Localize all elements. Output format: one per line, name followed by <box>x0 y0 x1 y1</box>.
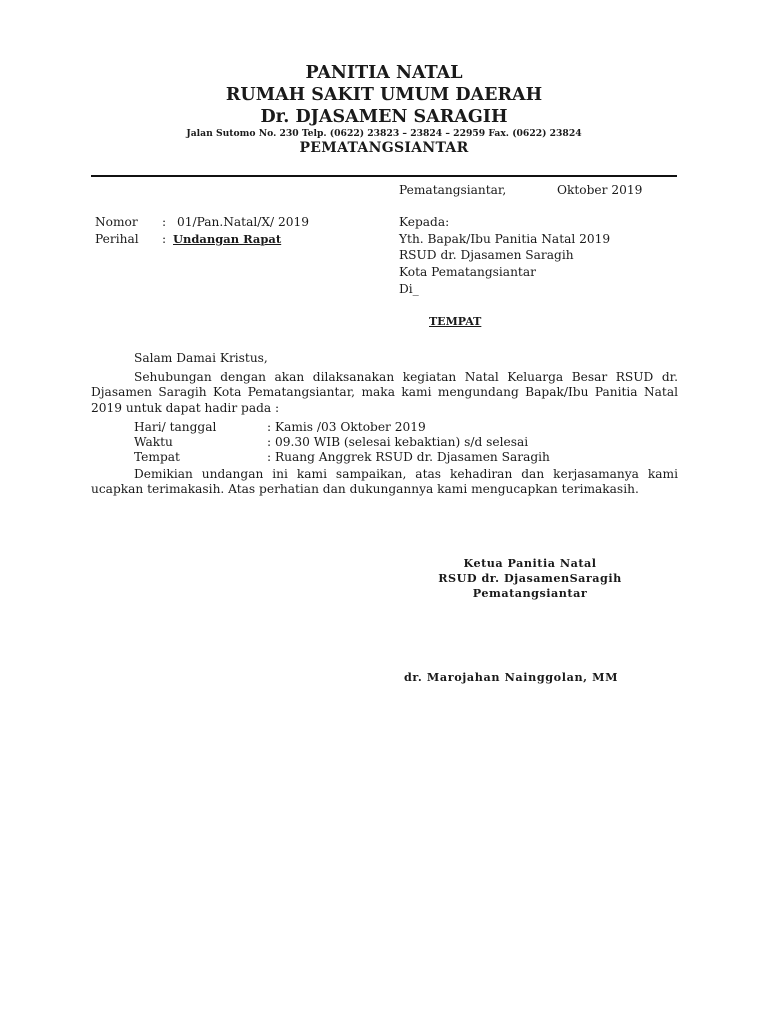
date-place: Pematangsiantar, <box>399 183 506 197</box>
letterhead-divider <box>91 175 677 177</box>
perihal-separator: : <box>162 232 166 246</box>
recipient-place: TEMPAT <box>429 315 481 328</box>
nomor-value: 01/Pan.Natal/X/ 2019 <box>177 215 309 229</box>
signature-title-3: Pematangsiantar <box>380 586 680 601</box>
recipient-city: Kota Pematangsiantar <box>399 265 536 279</box>
signature-title-2: RSUD dr. DjasamenSaragih <box>380 571 680 586</box>
detail-label-date: Hari/ tanggal <box>134 420 216 434</box>
body-paragraph-1: Sehubungan dengan akan dilaksanakan kegi… <box>91 370 678 416</box>
letterhead-address: Jalan Sutomo No. 230 Telp. (0622) 23823 … <box>0 128 768 139</box>
body-paragraph-2: Demikian undangan ini kami sampaikan, at… <box>91 467 678 498</box>
signature-title-1: Ketua Panitia Natal <box>380 556 680 571</box>
nomor-separator: : <box>162 215 166 229</box>
recipient-di: Di_ <box>399 282 419 296</box>
letterhead-hospital-name: Dr. DJASAMEN SARAGIH <box>0 107 768 127</box>
signatory-name: dr. Marojahan Nainggolan, MM <box>404 670 618 684</box>
recipient-kepada: Kepada: <box>399 215 449 229</box>
detail-value-time: : 09.30 WIB (selesai kebaktian) s/d sele… <box>267 435 528 449</box>
letterhead-city: PEMATANGSIANTAR <box>0 140 768 156</box>
date-value: Oktober 2019 <box>557 183 642 197</box>
detail-label-place: Tempat <box>134 450 180 464</box>
perihal-value: Undangan Rapat <box>173 232 281 246</box>
nomor-label: Nomor <box>95 215 138 229</box>
detail-label-time: Waktu <box>134 435 173 449</box>
detail-value-place: : Ruang Anggrek RSUD dr. Djasamen Saragi… <box>267 450 550 464</box>
letterhead-committee: PANITIA NATAL <box>0 63 768 83</box>
recipient-org: RSUD dr. Djasamen Saragih <box>399 248 574 262</box>
perihal-label: Perihal <box>95 232 139 246</box>
greeting: Salam Damai Kristus, <box>134 351 268 365</box>
recipient-name: Yth. Bapak/Ibu Panitia Natal 2019 <box>399 232 610 246</box>
detail-value-date: : Kamis /03 Oktober 2019 <box>267 420 426 434</box>
letterhead-hospital: RUMAH SAKIT UMUM DAERAH <box>0 85 768 105</box>
